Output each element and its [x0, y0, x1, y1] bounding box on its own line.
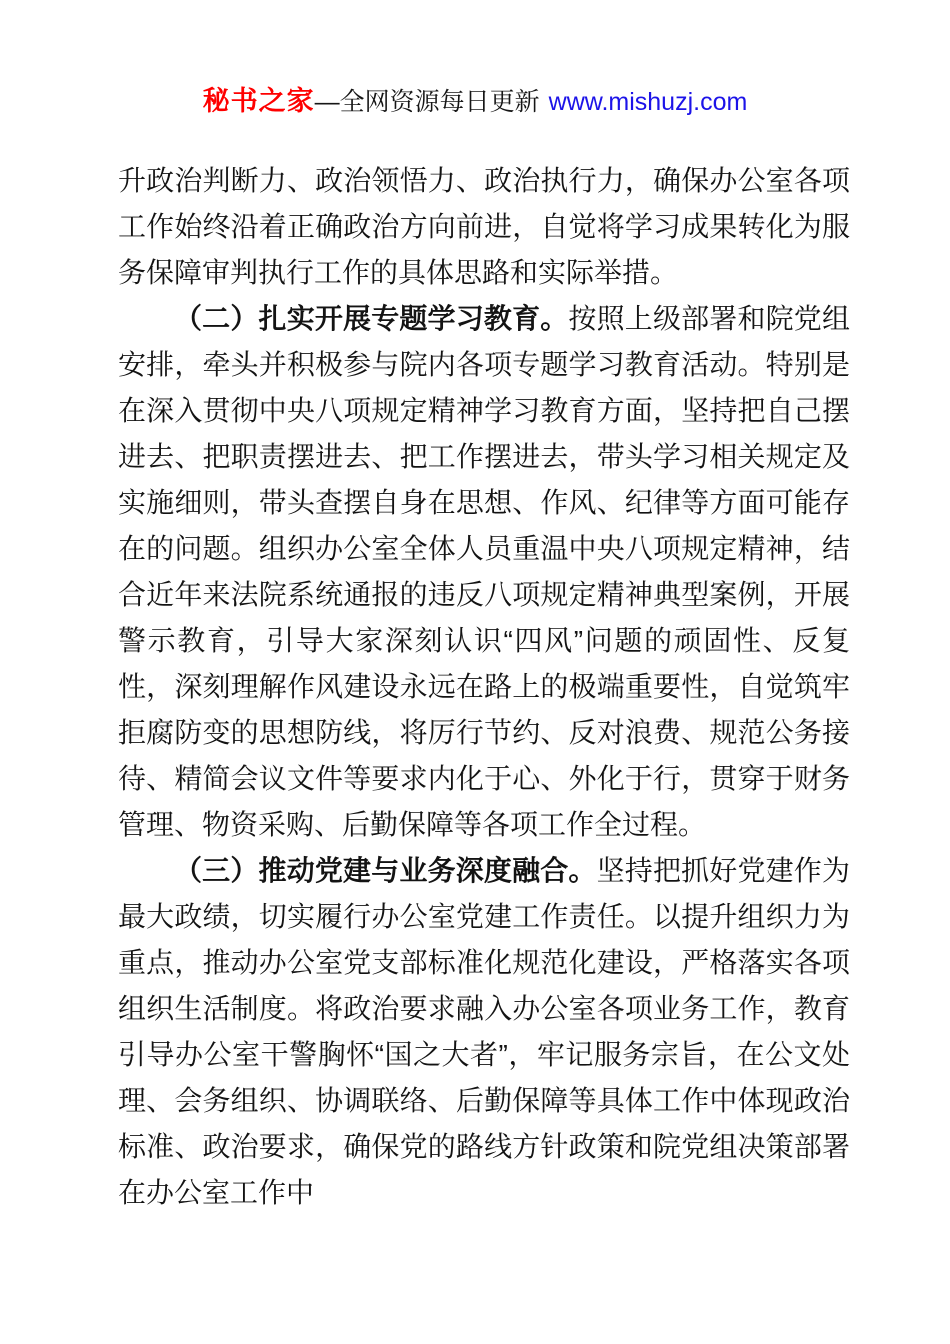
site-brand-text: 秘书之家: [203, 86, 315, 116]
paragraph-section-two: （二）扎实开展专题学习教育。按照上级部署和院党组安排，牵头并积极参与院内各项专题…: [118, 296, 850, 848]
site-tagline-text: —全网资源每日更新: [315, 88, 540, 116]
document-page: 秘书之家—全网资源每日更新www.mishuzj.com 升政治判断力、政治领悟…: [0, 0, 950, 1344]
paragraph-continuation-text: 升政治判断力、政治领悟力、政治执行力，确保办公室各项工作始终沿着正确政治方向前进…: [118, 165, 850, 288]
section-three-body-text: 坚持把抓好党建作为最大政绩，切实履行办公室党建工作责任。以提升组织力为重点，推动…: [118, 855, 850, 1208]
section-two-body-text: 按照上级部署和院党组安排，牵头并积极参与院内各项专题学习教育活动。特别是在深入贯…: [118, 303, 850, 840]
section-two-heading: （二）扎实开展专题学习教育。: [174, 303, 568, 334]
document-body: 升政治判断力、政治领悟力、政治执行力，确保办公室各项工作始终沿着正确政治方向前进…: [118, 158, 850, 1216]
paragraph-section-three: （三）推动党建与业务深度融合。坚持把抓好党建作为最大政绩，切实履行办公室党建工作…: [118, 848, 850, 1216]
section-three-heading: （三）推动党建与业务深度融合。: [174, 855, 597, 886]
site-url-link[interactable]: www.mishuzj.com: [549, 88, 748, 116]
paragraph-continuation: 升政治判断力、政治领悟力、政治执行力，确保办公室各项工作始终沿着正确政治方向前进…: [118, 158, 850, 296]
site-header: 秘书之家—全网资源每日更新www.mishuzj.com: [0, 84, 950, 119]
